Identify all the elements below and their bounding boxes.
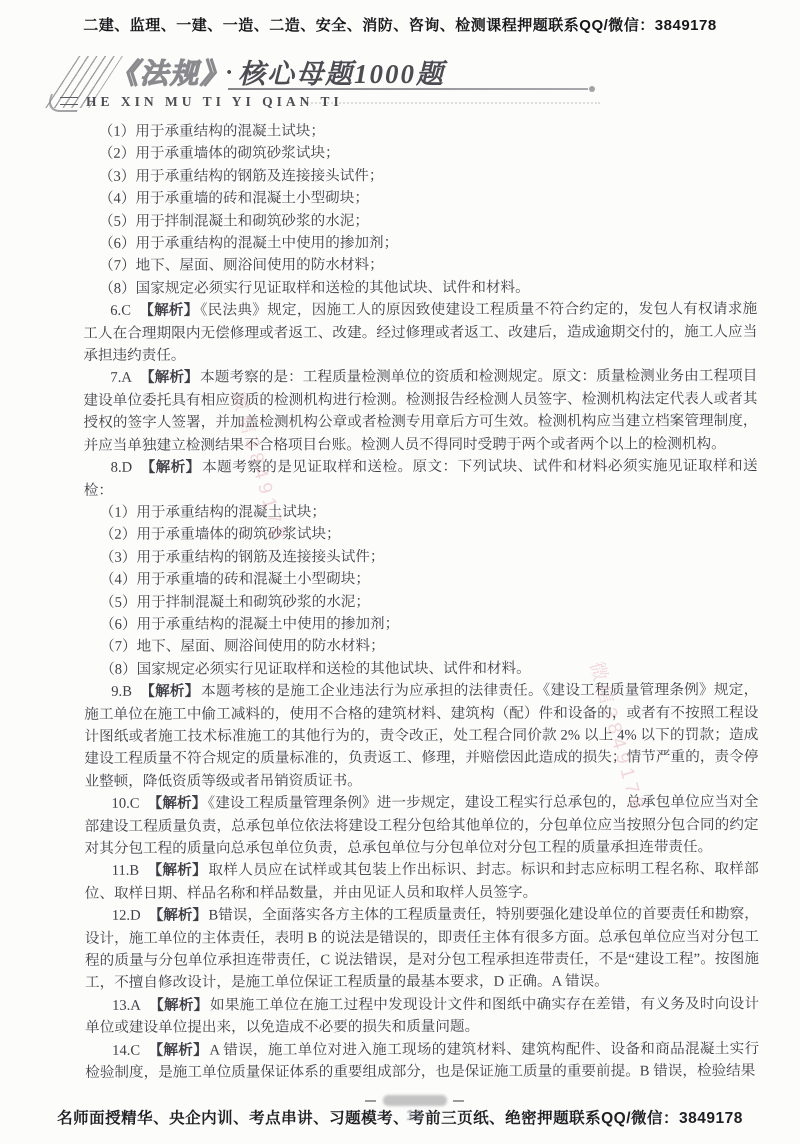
analysis-tag: 【解析】 [148,796,207,812]
scanned-book-page: { "page": { "top_banner": "二建、监理、一建、一造、二… [0,0,800,1144]
analysis-tag: 【解析】 [139,303,199,319]
pinyin-text: HE XIN MU TI YI QIAN TI [86,94,343,109]
list-item: （7）地下、屋面、厕浴间使用的防水材料； [83,254,757,278]
list-item: （4）用于承重墙的砖和混凝土小型砌块； [83,186,757,210]
answer-paragraph: 10.C【解析】《建设工程质量管理条例》进一步规定，建设工程实行总承包的，总承包… [84,791,758,860]
answer-paragraph: 13.A【解析】如果施工单位在施工过程中发现设计文件和图纸中确实存在差错，有义务… [85,993,759,1040]
answer-paragraph: 9.B【解析】本题考核的是施工企业违法行为应承担的法律责任。《建设工程质量管理条… [84,679,758,793]
marker-dash-icon [453,1100,464,1102]
series-title: 核心母题1000题 [238,59,445,89]
list-item: （1）用于承重结构的混凝土试块； [83,119,757,143]
answer-number: 10.C [112,796,140,812]
answer-number: 9.B [111,684,132,700]
answer-number: 13.A [112,998,141,1014]
answer-number: 12.D [112,908,141,924]
list-item: （5）用于拌制混凝土和砌筑砂浆的水泥； [84,590,758,614]
bottom-contact-banner: 名师面授精华、央企内训、考点串讲、习题模考、考前三页纸、绝密押题联系QQ/微信：… [0,1106,800,1128]
answer-number: 11.B [112,863,139,879]
masthead-rule [228,88,588,90]
list-item: （4）用于承重墙的砖和混凝土小型砌块； [84,567,758,591]
answer-number: 8.D [111,460,133,476]
answer-paragraph: 14.C【解析】A 错误，施工单位对进入施工现场的建筑材料、建筑构配件、设备和商… [85,1038,759,1085]
answer-paragraph: 12.D【解析】B错误，全面落实各方主体的工程质量责任，特别要强化建设单位的首要… [85,903,759,994]
list-item: （6）用于承重结构的混凝土中使用的掺加剂； [83,231,757,255]
top-contact-banner: 二建、监理、一建、一造、二造、安全、消防、咨询、检测课程押题联系QQ/微信：38… [0,14,800,35]
book-title: 《法规》 [110,59,216,90]
masthead-pinyin: HE XIN MU TI YI QIAN TI [60,94,343,110]
separator-dot: · [226,60,232,86]
page: 二建、监理、一建、一造、二造、安全、消防、咨询、检测课程押题联系QQ/微信：38… [0,0,800,1144]
answer-number: 6.C [110,303,131,319]
answer-number: 7.A [110,370,132,386]
masthead: 《法规》·核心母题1000题 HE XIN MU TI YI QIAN TI [0,50,800,120]
smudge-blob [383,1095,447,1106]
pinyin-dash-icon [60,97,78,105]
answer-paragraph: 8.D【解析】本题考察的是见证取样和送检。原文：下列试块、试件和材料必须实施见证… [84,455,758,502]
answer-paragraph: 6.C【解析】《民法典》规定，因施工人的原因致使建设工程质量不符合约定的，发包人… [83,298,757,367]
answer-paragraph: 7.A【解析】本题考察的是：工程质量检测单位的资质和检测规定。原文：质量检测业务… [83,366,757,457]
analysis-tag: 【解析】 [149,997,209,1013]
list-item: （6）用于承重结构的混凝土中使用的掺加剂； [84,612,758,636]
analysis-tag: 【解析】 [140,460,201,476]
analysis-tag: 【解析】 [140,370,199,386]
marker-dash-icon [365,1100,376,1102]
masthead-scan-noise [300,102,600,104]
list-item: （1）用于承重结构的混凝土试块； [84,500,758,524]
analysis-tag: 【解析】 [140,684,200,700]
analysis-tag: 【解析】 [147,863,207,879]
list-item: （8）国家规定必须实行见证取样和送检的其他试块、试件和材料。 [83,276,757,300]
answer-paragraph: 11.B【解析】取样人员应在试样或其包装上作出标识、封志。标识和封志应标明工程名… [85,859,759,906]
masthead-title: 《法规》·核心母题1000题 [110,52,445,92]
answer-explanations: （1）用于承重结构的混凝土试块； （2）用于承重墙体的砌筑砂浆试块； （3）用于… [83,119,760,1084]
list-item: （2）用于承重墙体的砌筑砂浆试块； [84,522,758,546]
list-item: （8）国家规定必须实行见证取样和送检的其他试块、试件和材料。 [84,657,758,681]
analysis-tag: 【解析】 [149,908,207,924]
list-item: （2）用于承重墙体的砌筑砂浆试块； [83,142,757,166]
answer-number: 14.C [112,1042,140,1058]
analysis-tag: 【解析】 [148,1042,208,1058]
faint-page-number: 19 [406,1107,423,1124]
list-item: （7）地下、屋面、厕浴间使用的防水材料； [84,634,758,658]
list-item: （3）用于承重结构的钢筋及连接接头试件； [83,164,757,188]
list-item: （3）用于承重结构的钢筋及连接接头试件； [84,545,758,569]
list-item: （5）用于拌制混凝土和砌筑砂浆的水泥； [83,209,757,233]
